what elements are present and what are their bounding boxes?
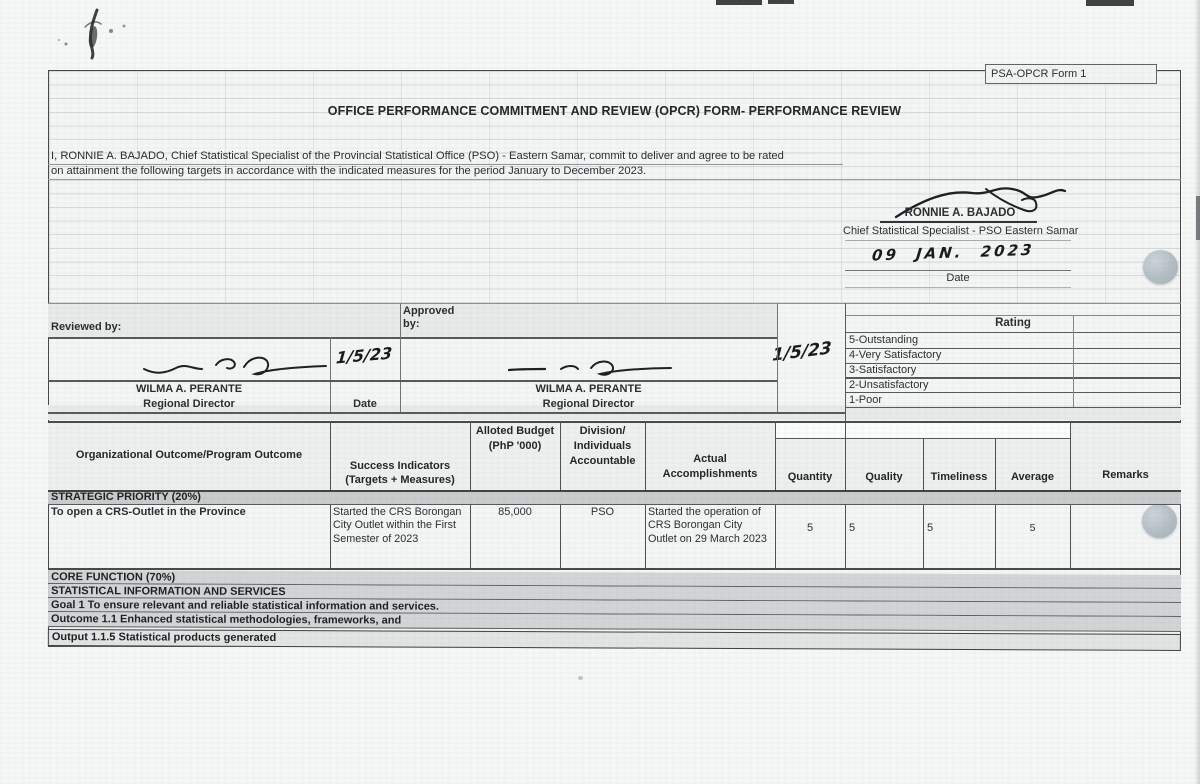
reviewed-date-label: Date bbox=[330, 398, 400, 411]
rating-scale-5: 5-Outstanding bbox=[849, 334, 918, 347]
commitment-statement-line2: on attainment the following targets in a… bbox=[51, 165, 1171, 178]
signatory-name: RONNIE A. BAJADO bbox=[860, 207, 1060, 219]
approved-by-label-line2: by: bbox=[403, 318, 420, 331]
row-quantity: 5 bbox=[775, 522, 845, 535]
col-header-outcome: Organizational Outcome/Program Outcome bbox=[48, 449, 330, 462]
row-quality: 5 bbox=[849, 522, 869, 535]
rating-header: Rating bbox=[845, 317, 1181, 329]
grid-line bbox=[845, 315, 1181, 316]
grid-line bbox=[845, 407, 1181, 408]
col-header-average: Average bbox=[995, 471, 1070, 484]
col-header-division-2: Individuals bbox=[560, 440, 645, 453]
form-code-cell: PSA-OPCR Form 1 bbox=[985, 64, 1157, 84]
section-strategic-priority: STRATEGIC PRIORITY (20%) bbox=[51, 491, 201, 504]
row-actual: Started the operation of CRS Borongan Ci… bbox=[648, 506, 772, 546]
grid-line bbox=[48, 179, 1181, 180]
col-header-division: Division/ bbox=[560, 425, 645, 438]
approved-by-label-line1: Approved bbox=[403, 305, 454, 318]
scan-edge-mark bbox=[716, 0, 762, 5]
reviewer-signature bbox=[140, 348, 330, 380]
reviewer-name: WILMA A. PERANTE bbox=[48, 383, 330, 396]
row-budget: 85,000 bbox=[470, 506, 560, 519]
grid-line bbox=[48, 380, 400, 382]
bottom-sections: CORE FUNCTION (70%) STATISTICAL INFORMAT… bbox=[48, 569, 1181, 653]
row-division: PSO bbox=[560, 506, 645, 519]
col-header-budget-2: (PhP '000) bbox=[470, 440, 560, 453]
signatory-date-label: Date bbox=[845, 272, 1071, 285]
grid-line bbox=[48, 504, 1181, 505]
row-outcome: To open a CRS-Outlet in the Province bbox=[51, 506, 326, 519]
scan-edge-mark bbox=[1196, 196, 1200, 240]
rating-scale-4: 4-Very Satisfactory bbox=[849, 349, 941, 362]
grid-line bbox=[777, 303, 778, 412]
signature-underline bbox=[880, 221, 1037, 223]
punch-hole bbox=[1143, 250, 1178, 284]
col-header-success-indicators: Success Indicators bbox=[330, 460, 470, 473]
col-header-quality: Quality bbox=[845, 471, 923, 484]
col-header-actual: Actual bbox=[645, 453, 775, 466]
row-average: 5 bbox=[995, 522, 1070, 534]
grid-line bbox=[845, 287, 1071, 288]
reviewer-title: Regional Director bbox=[48, 398, 330, 411]
scan-edge-mark bbox=[1086, 0, 1134, 6]
approver-signature bbox=[505, 357, 675, 379]
reviewed-by-label: Reviewed by: bbox=[51, 321, 121, 334]
rating-scale-2: 2-Unsatisfactory bbox=[849, 379, 928, 392]
grid-line bbox=[48, 164, 843, 165]
row-timeliness: 5 bbox=[927, 522, 947, 535]
merged-empty-cell bbox=[775, 421, 1070, 438]
grid-line bbox=[845, 392, 1181, 393]
rating-scale-3: 3-Satisfactory bbox=[849, 364, 916, 377]
row-success-indicator: Started the CRS Borongan City Outlet wit… bbox=[333, 506, 466, 546]
grid-line bbox=[1073, 315, 1074, 407]
rating-scale-1: 1-Poor bbox=[849, 394, 882, 407]
page-edge-shadow bbox=[1194, 0, 1200, 784]
col-header-success-indicators-2: (Targets + Measures) bbox=[330, 474, 470, 487]
grid-line bbox=[48, 337, 777, 339]
pencil-scribble-mark bbox=[35, 5, 145, 60]
approver-title: Regional Director bbox=[400, 398, 777, 411]
col-header-remarks: Remarks bbox=[1070, 469, 1181, 482]
grid-line bbox=[48, 303, 1181, 304]
punch-hole bbox=[1142, 504, 1177, 538]
section-output: Output 1.1.5 Statistical products genera… bbox=[48, 629, 1181, 650]
grid-line bbox=[400, 380, 777, 382]
strategic-priority-band bbox=[48, 492, 1181, 504]
grid-line bbox=[48, 412, 845, 414]
scanned-opcr-document: PSA-OPCR Form 1 OFFICE PERFORMANCE COMMI… bbox=[0, 0, 1200, 784]
scan-edge-mark bbox=[768, 0, 794, 4]
commitment-statement-line1: I, RONNIE A. BAJADO, Chief Statistical S… bbox=[51, 150, 851, 163]
approver-name: WILMA A. PERANTE bbox=[400, 383, 777, 396]
form-title: OFFICE PERFORMANCE COMMITMENT AND REVIEW… bbox=[48, 104, 1181, 118]
grid-line bbox=[48, 421, 1181, 423]
col-header-budget: Alloted Budget bbox=[470, 425, 560, 438]
col-header-quantity: Quantity bbox=[775, 471, 845, 484]
col-header-division-3: Accountable bbox=[560, 455, 645, 468]
col-header-timeliness: Timeliness bbox=[923, 471, 995, 484]
signatory-title: Chief Statistical Specialist - PSO Easte… bbox=[843, 225, 1113, 238]
grid-line bbox=[845, 332, 1181, 333]
scan-speck bbox=[578, 676, 583, 680]
grid-line bbox=[845, 270, 1071, 271]
col-header-actual-2: Accomplishments bbox=[645, 468, 775, 481]
grid-line bbox=[845, 303, 846, 421]
